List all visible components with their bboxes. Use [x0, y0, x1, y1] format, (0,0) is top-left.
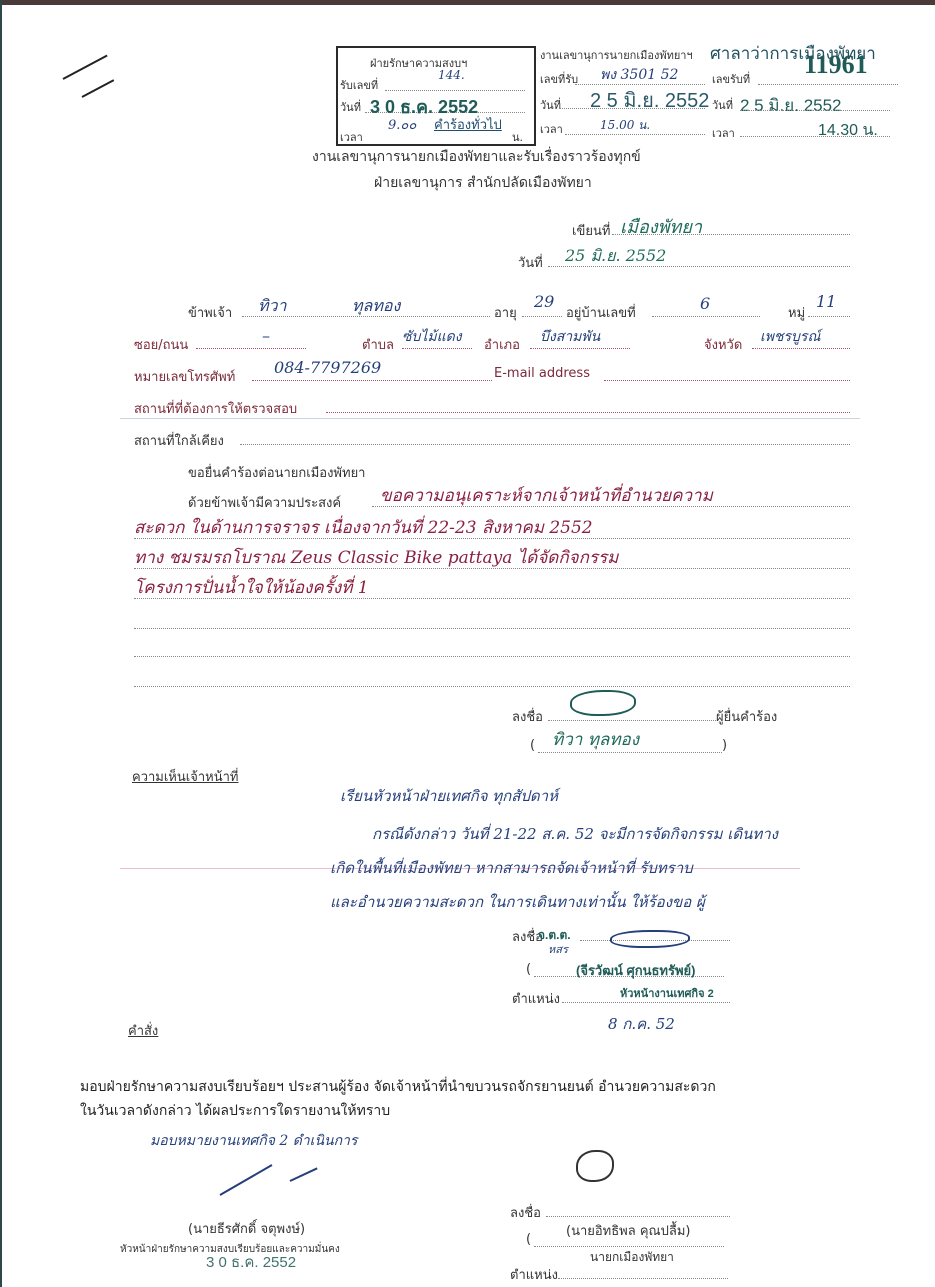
age-label: อายุ	[494, 302, 517, 323]
order-text-line2: ในวันเวลาดังกล่าว ได้ผลประการใดรายงานให้…	[80, 1100, 390, 1122]
security-time-suffix: น.	[512, 128, 523, 146]
order-handwritten-note: มอบหมายงานเทศกิจ 2 ดำเนินการ	[150, 1130, 357, 1152]
city-hall-time: 14.30 น.	[818, 118, 878, 143]
province-label: จังหวัด	[704, 334, 742, 355]
written-date-label: วันที่	[518, 252, 543, 273]
form-header-line2: ฝ่ายเลขานุการ สำนักปลัดเมืองพัทยา	[374, 172, 592, 194]
request-intro: ขอยื่นคำร้องต่อนายกเมืองพัทยา	[188, 462, 365, 483]
applicant-signer-name: ทิวา ทุลทอง	[552, 726, 639, 753]
request-line-3: ทาง ชมรมรถโบราณ Zeus Classic Bike pattay…	[134, 544, 618, 571]
officer-name: (จีรวัฒน์ ศุกนธทรัพย์)	[576, 960, 695, 981]
opinion-line-3: เกิดในพื้นที่เมืองพัทยา หากสามารถจัดเจ้า…	[330, 856, 693, 880]
form-header-line1: งานเลขานุการนายกเมืองพัทยาและรับเรื่องรา…	[312, 146, 641, 168]
written-at-value: เมืองพัทยา	[620, 212, 702, 241]
tambon-value: ซับไม้แดง	[402, 326, 462, 348]
left-signer-name: (นายธีรศักดิ์ จตุพงษ์)	[188, 1218, 305, 1239]
officer-position-label: ตำแหน่ง	[512, 988, 560, 1009]
tambon-label: ตำบล	[362, 334, 394, 355]
inspect-place-label: สถานที่ที่ต้องการให้ตรวจสอบ	[134, 398, 297, 419]
officer-opinion-heading: ความเห็นเจ้าหน้าที่	[132, 766, 238, 787]
applicant-first-name: ทิวา	[258, 294, 287, 319]
security-time-value: 9.๐๐	[388, 114, 416, 135]
scan-left-edge	[0, 0, 2, 1287]
nearby-label: สถานที่ใกล้เคียง	[134, 430, 224, 451]
applicant-name-label: ข้าพเจ้า	[188, 302, 232, 323]
secretary-received-label: เลขที่รับ	[540, 70, 578, 88]
pen-mark	[82, 79, 115, 98]
city-hall-received-label: เลขรับที่	[712, 70, 750, 88]
applicant-last-name: ทุลทอง	[352, 294, 400, 319]
province-value: เพชรบูรณ์	[760, 326, 820, 348]
secretary-date-stamp: 2 5 มิ.ย. 2552	[590, 84, 709, 116]
request-line-1: ขอความอนุเคราะห์จากเจ้าหน้าที่อำนวยความ	[380, 482, 713, 509]
moo-value: 11	[816, 292, 836, 311]
left-date-stamp: 3 0 ธ.ค. 2552	[206, 1250, 296, 1274]
applicant-sign-label: ลงชื่อ	[512, 706, 543, 727]
security-date-label: วันที่	[340, 98, 361, 116]
checkmark-signature	[220, 1164, 273, 1196]
house-no-value: 6	[700, 294, 710, 313]
amphoe-label: อำเภอ	[484, 334, 520, 355]
applicant-signer-role: ผู้ยื่นคำร้อง	[716, 706, 777, 727]
request-line-4: โครงการปั่นน้ำใจให้น้องครั้งที่ 1	[134, 574, 369, 601]
officer-sign-note: หสร	[548, 940, 568, 958]
officer-position: หัวหน้างานเทศกิจ 2	[620, 984, 714, 1002]
written-at-label: เขียนที่	[572, 220, 610, 241]
soi-value: –	[262, 326, 270, 345]
officer-signature	[610, 930, 690, 948]
scan-top-border	[0, 0, 935, 5]
secretary-date-label: วันที่	[540, 96, 561, 114]
secretary-stamp-title: งานเลขานุการนายกเมืองพัทยาฯ	[540, 46, 693, 64]
security-time-label: เวลา	[340, 128, 363, 146]
house-no-label: อยู่บ้านเลขที่	[566, 302, 636, 323]
mayor-sign-label: ลงชื่อ	[510, 1202, 541, 1223]
soi-label: ซอย/ถนน	[134, 334, 188, 355]
opinion-line-1: เรียนหัวหน้าฝ่ายเทศกิจ ทุกสัปดาห์	[340, 784, 558, 808]
mayor-position: นายกเมืองพัทยา	[590, 1248, 674, 1267]
city-hall-date-stamp: 2 5 มิ.ย. 2552	[740, 92, 842, 119]
secretary-time-label: เวลา	[540, 120, 563, 138]
city-hall-number: 11961	[804, 50, 868, 80]
pen-mark	[63, 55, 108, 80]
mayor-signer-name: (นายอิทธิพล คุณปลื้ม)	[566, 1220, 690, 1241]
age-value: 29	[534, 292, 554, 311]
applicant-signature	[570, 690, 636, 716]
security-category: คำร้องทั่วไป	[434, 114, 502, 135]
order-heading: คำสั่ง	[128, 1020, 158, 1041]
opinion-line-4: และอำนวยความสะดวก ในการเดินทางเท่านั้น ใ…	[330, 890, 705, 914]
request-line-2: สะดวก ในด้านการจราจร เนื่องจากวันที่ 22-…	[134, 514, 593, 541]
written-date-value: 25 มิ.ย. 2552	[565, 244, 666, 269]
secretary-time: 15.00 น.	[600, 116, 650, 135]
amphoe-value: บึงสามพัน	[540, 326, 600, 348]
order-text-line1: มอบฝ่ายรักษาความสงบเรียบร้อยฯ ประสานผู้ร…	[80, 1076, 716, 1098]
security-received-no: 144.	[438, 68, 465, 82]
phone-value: 084-7797269	[274, 358, 381, 377]
secretary-received-no: พง 3501 52	[600, 64, 678, 86]
city-hall-time-label: เวลา	[712, 124, 735, 142]
moo-label: หมู่	[788, 302, 805, 323]
mayor-position-label: ตำแหน่ง	[510, 1264, 558, 1285]
opinion-line-2: กรณีดังกล่าว วันที่ 21-22 ส.ค. 52 จะมีกา…	[372, 822, 778, 846]
email-label: E-mail address	[494, 366, 590, 381]
phone-label: หมายเลขโทรศัพท์	[134, 366, 235, 387]
officer-date-note: 8 ก.ค. 52	[608, 1012, 675, 1036]
mayor-signature	[576, 1150, 614, 1182]
purpose-label: ด้วยข้าพเจ้ามีความประสงค์	[188, 492, 341, 513]
city-hall-date-label: วันที่	[712, 96, 733, 114]
